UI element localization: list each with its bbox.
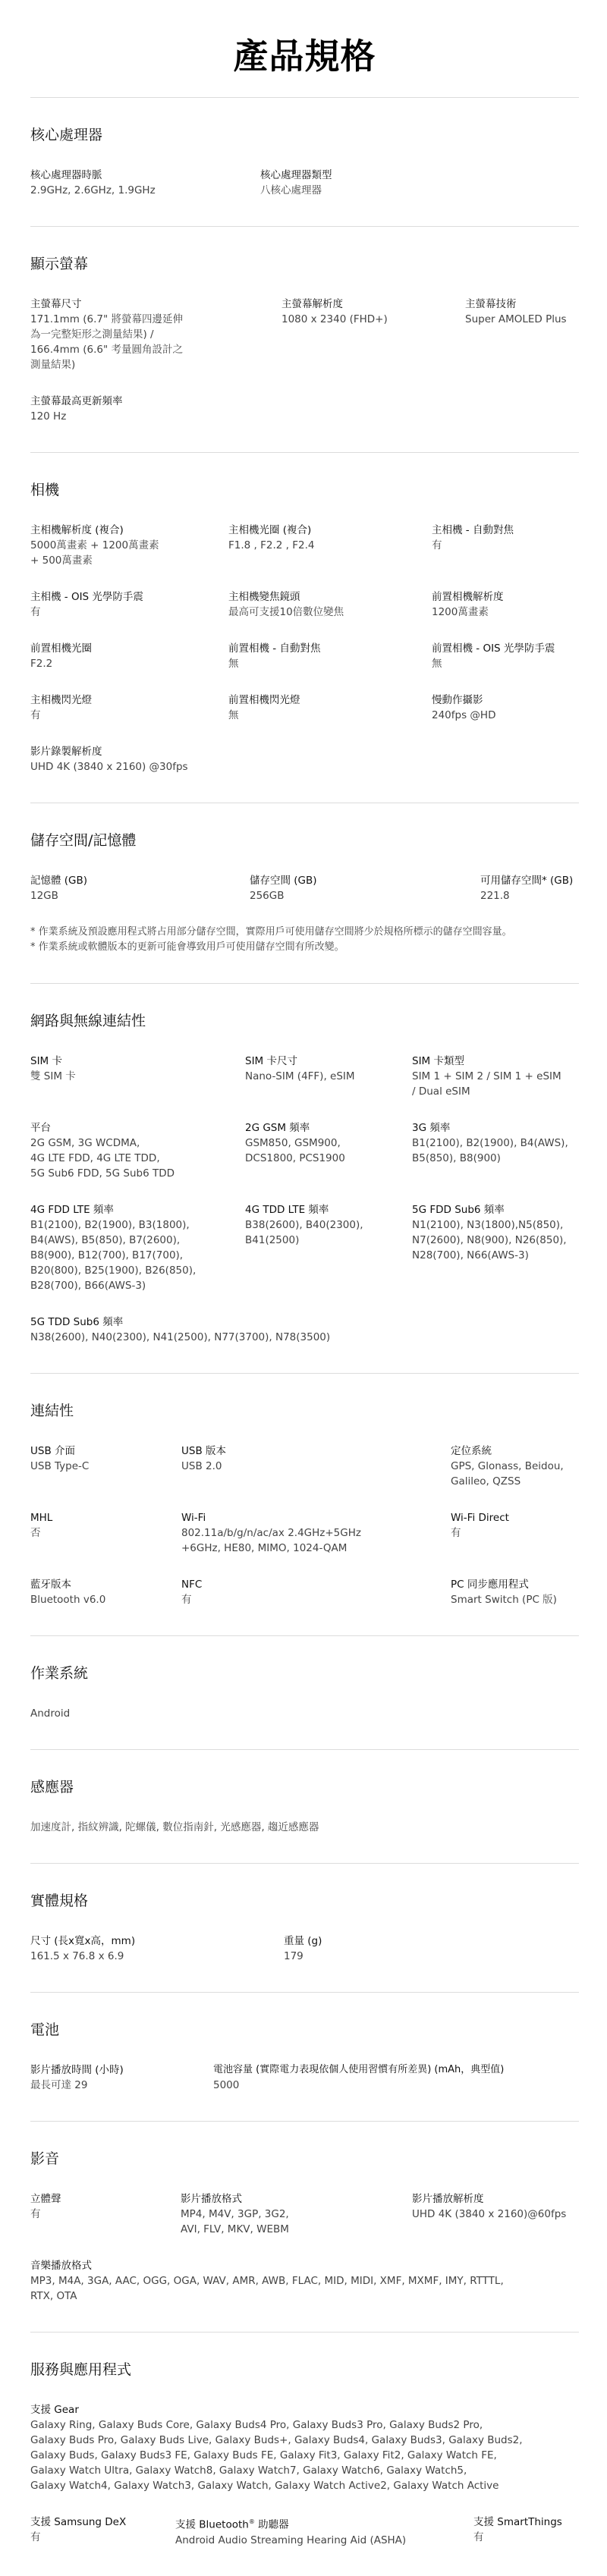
spec-smartthings-support: 支援 SmartThings 有	[473, 2515, 562, 2548]
spec-value: 1080 x 2340 (FHD+)	[281, 312, 465, 327]
spec-label: PC 同步應用程式	[451, 1577, 557, 1592]
section-title: 儲存空間/記憶體	[30, 831, 579, 850]
spec-wifi-direct: Wi-Fi Direct 有	[451, 1510, 509, 1556]
spec-main-cam-flash: 主相機閃光燈 有	[30, 693, 228, 723]
spec-mhl: MHL 否	[30, 1510, 181, 1556]
spec-label: 支援 Samsung DeX	[30, 2515, 175, 2530]
spec-value: Android Audio Streaming Hearing Aid (ASH…	[175, 2533, 473, 2548]
spec-3g: 3G 頻率 B1(2100), B2(1900), B4(AWS), B5(85…	[412, 1120, 568, 1181]
spec-value: 1200萬畫素	[432, 605, 504, 620]
spec-label: SIM 卡尺寸	[245, 1054, 412, 1069]
spec-value: 12GB	[30, 888, 250, 903]
spec-nfc: NFC 有	[181, 1577, 451, 1607]
spec-value: 最長可達 29	[30, 2078, 213, 2093]
spec-label: 主螢幕尺寸	[30, 297, 281, 312]
spec-value: 179	[284, 1949, 322, 1964]
spec-label: 主螢幕技術	[465, 297, 567, 312]
label-suffix: 助聽器	[255, 2519, 289, 2531]
spec-usb-interface: USB 介面 USB Type-C	[30, 1444, 181, 1489]
spec-label: 可用儲存空間* (GB)	[480, 873, 573, 888]
spec-pc-sync: PC 同步應用程式 Smart Switch (PC 版)	[451, 1577, 557, 1607]
section-title: 核心處理器	[30, 125, 579, 145]
spec-label: 主相機解析度 (複合)	[30, 523, 228, 538]
spec-label: 核心處理器類型	[260, 168, 332, 183]
spec-slow-motion: 慢動作攝影 240fps @HD	[432, 693, 495, 723]
spec-memory: 記憶體 (GB) 12GB	[30, 873, 250, 903]
section-title: 連結性	[30, 1401, 579, 1421]
spec-value: Bluetooth v6.0	[30, 1592, 181, 1607]
storage-footnote: * 作業系統及預設應用程式將占用部分儲存空間，實際用戶可使用儲存空間將少於規格所…	[30, 925, 531, 955]
spec-value: 有	[30, 2207, 181, 2222]
spec-resolution: 主螢幕解析度 1080 x 2340 (FHD+)	[281, 297, 465, 372]
section-title: 顯示螢幕	[30, 254, 579, 274]
spec-label: 主相機 - OIS 光學防手震	[30, 589, 228, 605]
spec-4g-tdd: 4G TDD LTE 頻率 B38(2600), B40(2300), B41(…	[245, 1202, 412, 1293]
section-title: 實體規格	[30, 1891, 579, 1911]
section-network: 網路與無線連結性 SIM 卡 雙 SIM 卡 SIM 卡尺寸 Nano-SIM …	[30, 984, 579, 1373]
spec-value: 無	[228, 656, 432, 671]
section-display: 顯示螢幕 主螢幕尺寸 171.1mm (6.7" 將螢幕四邊延伸 為一完整矩形之…	[30, 227, 579, 452]
spec-sim-size: SIM 卡尺寸 Nano-SIM (4FF), eSIM	[245, 1054, 412, 1099]
spec-dex-support: 支援 Samsung DeX 有	[30, 2515, 175, 2548]
section-storage: 儲存空間/記憶體 記憶體 (GB) 12GB 儲存空間 (GB) 256GB 可…	[30, 803, 579, 983]
spec-sim-type: SIM 卡類型 SIM 1 + SIM 2 / SIM 1 + eSIM / D…	[412, 1054, 561, 1099]
spec-value: 有	[451, 1525, 509, 1541]
spec-value: MP3, M4A, 3GA, AAC, OGG, OGA, WAV, AMR, …	[30, 2273, 504, 2304]
spec-value: MP4, M4V, 3GP, 3G2, AVI, FLV, MKV, WEBM	[181, 2207, 412, 2237]
spec-label: 4G TDD LTE 頻率	[245, 1202, 412, 1217]
spec-value: 有	[473, 2530, 562, 2545]
spec-value: 有	[30, 708, 228, 723]
spec-value: 171.1mm (6.7" 將螢幕四邊延伸 為一完整矩形之測量結果) / 166…	[30, 312, 281, 372]
spec-screen-tech: 主螢幕技術 Super AMOLED Plus	[465, 297, 567, 372]
spec-label: 2G GSM 頻率	[245, 1120, 412, 1136]
spec-location: 定位系統 GPS, Glonass, Beidou, Galileo, QZSS	[451, 1444, 564, 1489]
section-os: 作業系統 Android	[30, 1636, 579, 1749]
spec-value: UHD 4K (3840 x 2160) @30fps	[30, 759, 188, 774]
section-sensors: 感應器 加速度計, 指紋辨識, 陀螺儀, 數位指南針, 光感應器, 趨近感應器	[30, 1750, 579, 1863]
spec-value: 256GB	[250, 888, 480, 903]
spec-label: MHL	[30, 1510, 181, 1525]
spec-label: 主相機光圈 (複合)	[228, 523, 432, 538]
spec-label: NFC	[181, 1577, 451, 1592]
spec-value: F1.8 , F2.2 , F2.4	[228, 538, 432, 553]
spec-label: 儲存空間 (GB)	[250, 873, 480, 888]
spec-cpu-type: 核心處理器類型 八核心處理器	[260, 168, 332, 198]
spec-value: 有	[432, 538, 514, 553]
spec-label: 4G FDD LTE 頻率	[30, 1202, 245, 1217]
spec-value: B38(2600), B40(2300), B41(2500)	[245, 1217, 412, 1248]
spec-value: 120 Hz	[30, 409, 123, 424]
spec-platform: 平台 2G GSM, 3G WCDMA, 4G LTE FDD, 4G LTE …	[30, 1120, 245, 1181]
spec-label: 前置相機 - 自動對焦	[228, 641, 432, 656]
section-title: 影音	[30, 2149, 579, 2169]
spec-label: 前置相機解析度	[432, 589, 504, 605]
spec-value: B1(2100), B2(1900), B3(1800), B4(AWS), B…	[30, 1217, 245, 1293]
spec-5g-fdd: 5G FDD Sub6 頻率 N1(2100), N3(1800),N5(850…	[412, 1202, 567, 1293]
spec-refresh-rate: 主螢幕最高更新頻率 120 Hz	[30, 394, 123, 424]
spec-sim: SIM 卡 雙 SIM 卡	[30, 1054, 245, 1099]
spec-value: 否	[30, 1525, 181, 1541]
spec-label: 重量 (g)	[284, 1934, 322, 1949]
spec-value: N38(2600), N40(2300), N41(2500), N77(370…	[30, 1330, 330, 1345]
spec-value: 802.11a/b/g/n/ac/ax 2.4GHz+5GHz +6GHz, H…	[181, 1525, 451, 1556]
spec-gear-support: 支援 Gear Galaxy Ring, Galaxy Buds Core, G…	[30, 2402, 523, 2493]
registered-mark: ®	[249, 2518, 255, 2525]
spec-wifi: Wi-Fi 802.11a/b/g/n/ac/ax 2.4GHz+5GHz +6…	[181, 1510, 451, 1556]
spec-video-formats: 影片播放格式 MP4, M4V, 3GP, 3G2, AVI, FLV, MKV…	[181, 2191, 412, 2237]
spec-weight: 重量 (g) 179	[284, 1934, 322, 1964]
spec-main-cam-aperture: 主相機光圈 (複合) F1.8 , F2.2 , F2.4	[228, 523, 432, 568]
sensors-value: 加速度計, 指紋辨識, 陀螺儀, 數位指南針, 光感應器, 趨近感應器	[30, 1820, 579, 1835]
spec-value: 5000萬畫素 + 1200萬畫素 + 500萬畫素	[30, 538, 228, 568]
section-services: 服務與應用程式 支援 Gear Galaxy Ring, Galaxy Buds…	[30, 2333, 579, 2576]
spec-video-resolution: 影片播放解析度 UHD 4K (3840 x 2160)@60fps	[412, 2191, 566, 2237]
spec-value: GPS, Glonass, Beidou, Galileo, QZSS	[451, 1459, 564, 1489]
spec-label: 記憶體 (GB)	[30, 873, 250, 888]
spec-value: F2.2	[30, 656, 228, 671]
spec-label: 支援 Gear	[30, 2402, 523, 2417]
spec-label: SIM 卡	[30, 1054, 245, 1069]
section-physical: 實體規格 尺寸 (長x寬x高，mm) 161.5 x 76.8 x 6.9 重量…	[30, 1864, 579, 1992]
spec-label: 定位系統	[451, 1444, 564, 1459]
spec-usb-version: USB 版本 USB 2.0	[181, 1444, 451, 1489]
spec-screen-size: 主螢幕尺寸 171.1mm (6.7" 將螢幕四邊延伸 為一完整矩形之測量結果)…	[30, 297, 281, 372]
spec-front-cam-aperture: 前置相機光圈 F2.2	[30, 641, 228, 671]
spec-label: USB 版本	[181, 1444, 451, 1459]
spec-label: 支援 Bluetooth® 助聽器	[175, 2515, 473, 2533]
spec-value: B1(2100), B2(1900), B4(AWS), B5(850), B8…	[412, 1136, 568, 1166]
spec-label: Wi-Fi Direct	[451, 1510, 509, 1525]
spec-value: 最高可支援10倍數位變焦	[228, 605, 432, 620]
spec-label: 主相機閃光燈	[30, 693, 228, 708]
spec-dimensions: 尺寸 (長x寬x高，mm) 161.5 x 76.8 x 6.9	[30, 1934, 284, 1964]
spec-main-cam-af: 主相機 - 自動對焦 有	[432, 523, 514, 568]
spec-front-cam-flash: 前置相機閃光燈 無	[228, 693, 432, 723]
spec-value: Smart Switch (PC 版)	[451, 1592, 557, 1607]
spec-bluetooth: 藍牙版本 Bluetooth v6.0	[30, 1577, 181, 1607]
spec-main-cam-zoom: 主相機變焦鏡頭 最高可支援10倍數位變焦	[228, 589, 432, 620]
spec-label: 主螢幕解析度	[281, 297, 465, 312]
spec-label: 5G TDD Sub6 頻率	[30, 1315, 330, 1330]
section-audio-video: 影音 立體聲 有 影片播放格式 MP4, M4V, 3GP, 3G2, AVI,…	[30, 2122, 579, 2332]
section-title: 服務與應用程式	[30, 2360, 579, 2380]
spec-label: 立體聲	[30, 2191, 181, 2207]
spec-label: 前置相機 - OIS 光學防手震	[432, 641, 555, 656]
os-value: Android	[30, 1706, 579, 1721]
section-battery: 電池 影片播放時間 (小時) 最長可達 29 電池容量 (實際電力表現依個人使用…	[30, 1993, 579, 2121]
spec-value: Galaxy Ring, Galaxy Buds Core, Galaxy Bu…	[30, 2417, 523, 2493]
spec-front-cam-af: 前置相機 - 自動對焦 無	[228, 641, 432, 671]
section-processor: 核心處理器 核心處理器時脈 2.9GHz, 2.6GHz, 1.9GHz 核心處…	[30, 98, 579, 226]
spec-label: 慢動作攝影	[432, 693, 495, 708]
spec-value: UHD 4K (3840 x 2160)@60fps	[412, 2207, 566, 2222]
spec-label: 影片播放時間 (小時)	[30, 2062, 213, 2078]
spec-value: 2.9GHz, 2.6GHz, 1.9GHz	[30, 183, 260, 198]
spec-label: 主相機變焦鏡頭	[228, 589, 432, 605]
spec-front-cam-ois: 前置相機 - OIS 光學防手震 無	[432, 641, 555, 671]
spec-label: 核心處理器時脈	[30, 168, 260, 183]
spec-value: 無	[432, 656, 555, 671]
spec-battery-capacity: 電池容量 (實際電力表現依個人使用習慣有所差異) (mAh，典型值) 5000	[213, 2062, 504, 2093]
spec-label: 前置相機閃光燈	[228, 693, 432, 708]
spec-label: 電池容量 (實際電力表現依個人使用習慣有所差異) (mAh，典型值)	[213, 2062, 504, 2078]
spec-value: SIM 1 + SIM 2 / SIM 1 + eSIM / Dual eSIM	[412, 1069, 561, 1099]
spec-storage: 儲存空間 (GB) 256GB	[250, 873, 480, 903]
spec-label: 尺寸 (長x寬x高，mm)	[30, 1934, 284, 1949]
spec-label: 影片錄製解析度	[30, 744, 188, 759]
spec-value: GSM850, GSM900, DCS1800, PCS1900	[245, 1136, 412, 1166]
spec-2g: 2G GSM 頻率 GSM850, GSM900, DCS1800, PCS19…	[245, 1120, 412, 1181]
spec-value: 有	[30, 605, 228, 620]
page-title: 產品規格	[30, 0, 579, 97]
spec-label: 音樂播放格式	[30, 2258, 504, 2273]
spec-main-cam-ois: 主相機 - OIS 光學防手震 有	[30, 589, 228, 620]
spec-label: 5G FDD Sub6 頻率	[412, 1202, 567, 1217]
spec-hearing-aid-support: 支援 Bluetooth® 助聽器 Android Audio Streamin…	[175, 2515, 473, 2548]
spec-value: 有	[181, 1592, 451, 1607]
spec-value: 雙 SIM 卡	[30, 1069, 245, 1084]
section-title: 相機	[30, 480, 579, 500]
spec-value: USB 2.0	[181, 1459, 451, 1474]
spec-value: 5000	[213, 2078, 504, 2093]
spec-label: 影片播放解析度	[412, 2191, 566, 2207]
section-title: 感應器	[30, 1777, 579, 1797]
section-title: 電池	[30, 2020, 579, 2040]
spec-cpu-speed: 核心處理器時脈 2.9GHz, 2.6GHz, 1.9GHz	[30, 168, 260, 198]
spec-value: 2G GSM, 3G WCDMA, 4G LTE FDD, 4G LTE TDD…	[30, 1136, 245, 1181]
label-prefix: 支援 Bluetooth	[175, 2519, 249, 2531]
spec-label: 3G 頻率	[412, 1120, 568, 1136]
spec-audio-formats: 音樂播放格式 MP3, M4A, 3GA, AAC, OGG, OGA, WAV…	[30, 2258, 504, 2304]
spec-value: Super AMOLED Plus	[465, 312, 567, 327]
spec-value: N1(2100), N3(1800),N5(850), N7(2600), N8…	[412, 1217, 567, 1263]
spec-value: USB Type-C	[30, 1459, 181, 1474]
spec-label: 主相機 - 自動對焦	[432, 523, 514, 538]
spec-value: 八核心處理器	[260, 183, 332, 198]
spec-label: 前置相機光圈	[30, 641, 228, 656]
spec-video-recording: 影片錄製解析度 UHD 4K (3840 x 2160) @30fps	[30, 744, 188, 774]
spec-5g-tdd: 5G TDD Sub6 頻率 N38(2600), N40(2300), N41…	[30, 1315, 330, 1345]
section-title: 作業系統	[30, 1663, 579, 1683]
spec-value: Nano-SIM (4FF), eSIM	[245, 1069, 412, 1084]
spec-value: 有	[30, 2530, 175, 2545]
spec-available-storage: 可用儲存空間* (GB) 221.8	[480, 873, 573, 903]
spec-value: 221.8	[480, 888, 573, 903]
spec-label: USB 介面	[30, 1444, 181, 1459]
spec-value: 無	[228, 708, 432, 723]
section-camera: 相機 主相機解析度 (複合) 5000萬畫素 + 1200萬畫素 + 500萬畫…	[30, 453, 579, 803]
spec-label: 支援 SmartThings	[473, 2515, 562, 2530]
spec-label: SIM 卡類型	[412, 1054, 561, 1069]
spec-main-cam-res: 主相機解析度 (複合) 5000萬畫素 + 1200萬畫素 + 500萬畫素	[30, 523, 228, 568]
spec-label: 主螢幕最高更新頻率	[30, 394, 123, 409]
section-connectivity: 連結性 USB 介面 USB Type-C USB 版本 USB 2.0 定位系…	[30, 1374, 579, 1635]
spec-value: 161.5 x 76.8 x 6.9	[30, 1949, 284, 1964]
spec-value: 240fps @HD	[432, 708, 495, 723]
spec-label: 影片播放格式	[181, 2191, 412, 2207]
section-title: 網路與無線連結性	[30, 1011, 579, 1031]
spec-page: 產品規格 核心處理器 核心處理器時脈 2.9GHz, 2.6GHz, 1.9GH…	[0, 0, 607, 2576]
spec-video-playback-time: 影片播放時間 (小時) 最長可達 29	[30, 2062, 213, 2093]
spec-front-cam-res: 前置相機解析度 1200萬畫素	[432, 589, 504, 620]
spec-4g-fdd: 4G FDD LTE 頻率 B1(2100), B2(1900), B3(180…	[30, 1202, 245, 1293]
spec-stereo: 立體聲 有	[30, 2191, 181, 2237]
spec-label: 藍牙版本	[30, 1577, 181, 1592]
spec-label: 平台	[30, 1120, 245, 1136]
spec-label: Wi-Fi	[181, 1510, 451, 1525]
